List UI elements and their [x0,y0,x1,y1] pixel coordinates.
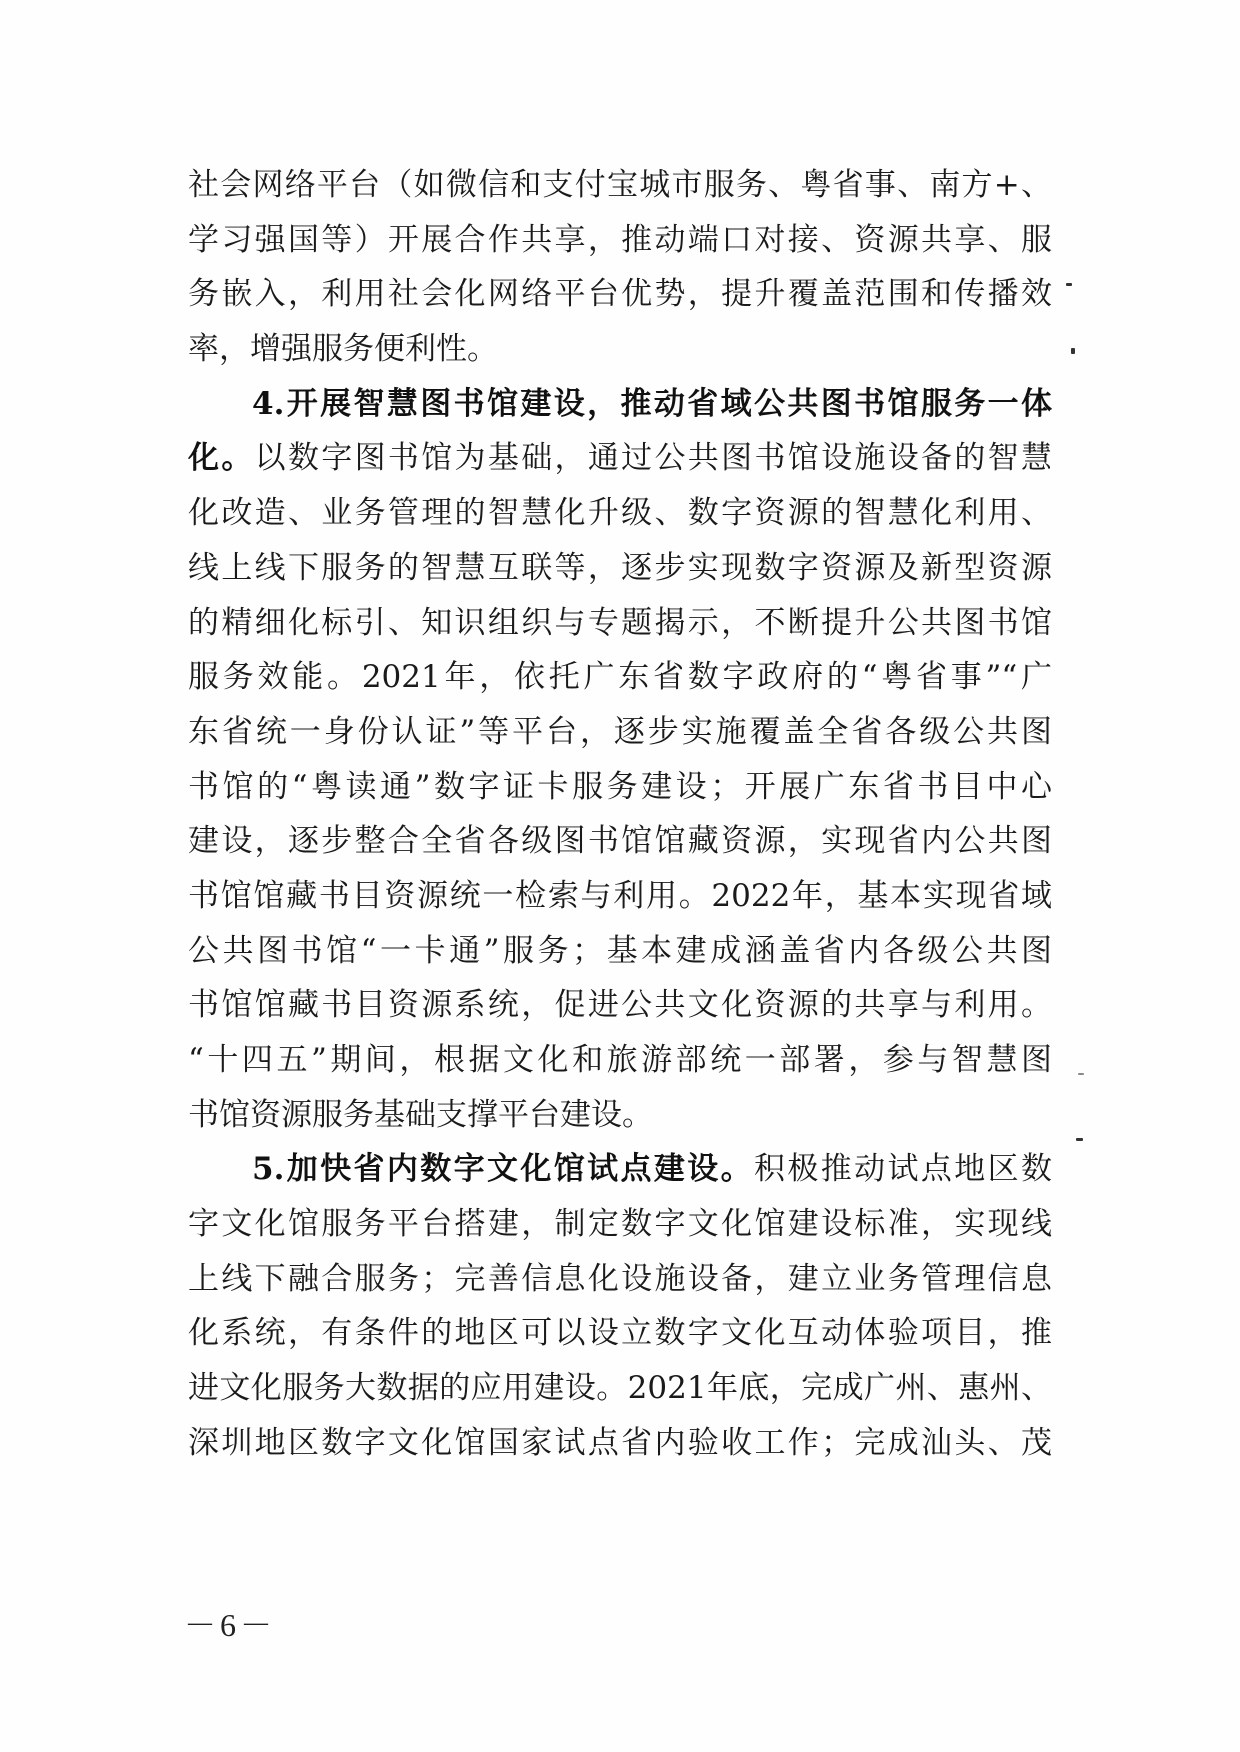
section-heading-4: 4.开展智慧图书馆建设，推动省域公共图书馆服务一体 [188,377,1052,432]
text-line: 进文化服务大数据的应用建设。2021年底，完成广州、惠州、 [188,1361,1052,1416]
text-line: “十四五”期间，根据文化和旅游部统一部署，参与智慧图 [188,1033,1052,1088]
text-line: 线上线下服务的智慧互联等，逐步实现数字资源及新型资源 [188,541,1052,596]
scan-speck [1071,348,1075,354]
heading-text: 4.开展智慧图书馆建设，推动省域公共图书馆服务一体 [252,386,1052,422]
text-line: 的精细化标引、知识组织与专题揭示，不断提升公共图书馆 [188,596,1052,651]
section-heading-5: 5.加快省内数字文化馆试点建设。积极推动试点地区数 [188,1142,1052,1197]
text-line: 书馆的“粤读通”数字证卡服务建设；开展广东省书目中心 [188,760,1052,815]
page-number: －6－ [184,1600,276,1646]
text-line: 化改造、业务管理的智慧化升级、数字资源的智慧化利用、 [188,486,1052,541]
scan-speck [1078,1073,1084,1075]
text-line: 深圳地区数字文化馆国家试点省内验收工作；完成汕头、茂 [188,1416,1052,1471]
text-line: 书馆资源服务基础支撑平台建设。 [188,1088,1052,1143]
text-line: 学习强国等）开展合作共享，推动端口对接、资源共享、服 [188,213,1052,268]
text-line: 书馆馆藏书目资源统一检索与利用。2022年，基本实现省域 [188,869,1052,924]
text-line: 化系统，有条件的地区可以设立数字文化互动体验项目，推 [188,1306,1052,1361]
text-line: 公共图书馆“一卡通”服务；基本建成涵盖省内各级公共图 [188,924,1052,979]
text-line: 建设，逐步整合全省各级图书馆馆藏资源，实现省内公共图 [188,814,1052,869]
document-page: 社会网络平台（如微信和支付宝城市服务、粤省事、南方+、 学习强国等）开展合作共享… [0,0,1240,1752]
text-line: 字文化馆服务平台搭建，制定数字文化馆建设标准，实现线 [188,1197,1052,1252]
body-text-run: 积极推动试点地区数 [754,1151,1052,1187]
heading-text: 化。 [188,440,255,476]
text-line: 书馆馆藏书目资源系统，促进公共文化资源的共享与利用。 [188,978,1052,1033]
scan-speck [1066,283,1072,286]
scan-speck [1076,1138,1083,1141]
text-line: 务嵌入，利用社会化网络平台优势，提升覆盖范围和传播效 [188,267,1052,322]
text-line: 社会网络平台（如微信和支付宝城市服务、粤省事、南方+、 [188,158,1052,213]
body-text-run: 以数字图书馆为基础，通过公共图书馆设施设备的智慧 [255,440,1052,476]
text-line: 服务效能。2021年，依托广东省数字政府的“粤省事”“广 [188,650,1052,705]
document-body: 社会网络平台（如微信和支付宝城市服务、粤省事、南方+、 学习强国等）开展合作共享… [188,158,1052,1471]
text-line: 率，增强服务便利性。 [188,322,1052,377]
heading-text: 5.加快省内数字文化馆试点建设。 [252,1151,754,1187]
text-line: 化。以数字图书馆为基础，通过公共图书馆设施设备的智慧 [188,431,1052,486]
text-line: 东省统一身份认证”等平台，逐步实施覆盖全省各级公共图 [188,705,1052,760]
text-line: 上线下融合服务；完善信息化设施设备，建立业务管理信息 [188,1252,1052,1307]
